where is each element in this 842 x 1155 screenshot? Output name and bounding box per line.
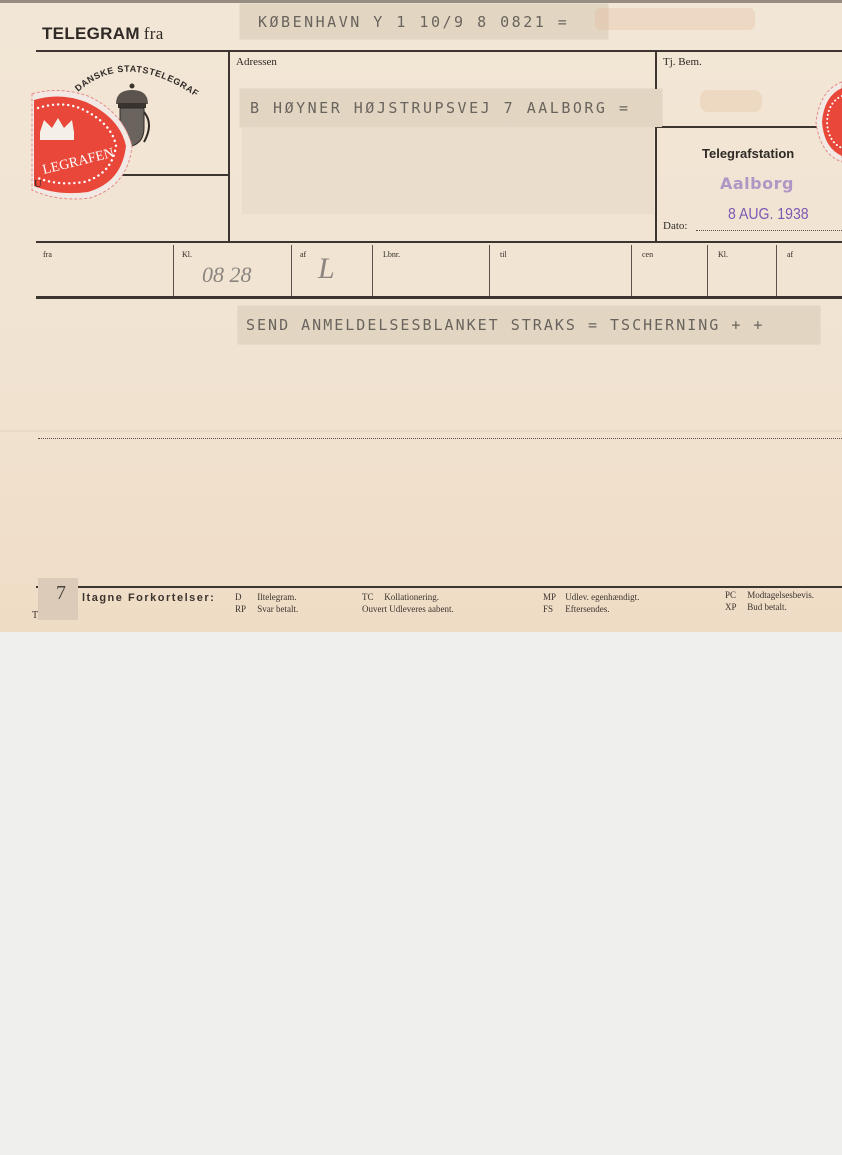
- rule-service-bottom: [36, 296, 842, 299]
- scanner-background: [0, 632, 842, 1155]
- abbr-item: XP Bud betalt.: [725, 602, 787, 612]
- abbreviations-heading: ltagne Forkortelser:: [82, 592, 215, 604]
- abbr-item: RP Svar betalt.: [235, 604, 298, 614]
- col-divider: [707, 245, 708, 296]
- stain: [700, 90, 762, 112]
- tj-bem-label: Tj. Bem.: [663, 56, 702, 68]
- message-strip: SEND ANMELDELSESBLANKET STRAKS = TSCHERN…: [238, 306, 820, 344]
- col-divider: [173, 245, 174, 296]
- address-text: B HØYNER HØJSTRUPSVEJ 7 AALBORG =: [250, 99, 631, 117]
- col-divider: [631, 245, 632, 296]
- col-divider: [776, 245, 777, 296]
- rule-footer: [36, 586, 842, 588]
- message-text: SEND ANMELDELSESBLANKET STRAKS = TSCHERN…: [246, 316, 764, 334]
- dato-label: Dato:: [663, 220, 687, 232]
- col-af2-label: af: [787, 250, 793, 259]
- abbr-item: FS Eftersendes.: [543, 604, 609, 614]
- kl-handwritten-value: 08 28: [202, 262, 252, 288]
- footer-handwritten-mark: 7: [56, 582, 66, 605]
- telegrafen-seal-icon: LEGRAFEN: [28, 86, 138, 201]
- col-fra-label: fra: [43, 250, 52, 259]
- col-divider: [489, 245, 490, 296]
- abbr-item: D Iltelegram.: [235, 592, 296, 602]
- abbr-item: PC Modtagelsesbevis.: [725, 590, 814, 600]
- rule-service-top: [36, 241, 842, 243]
- rule-v-left: [228, 50, 230, 242]
- scan-top-edge: [0, 0, 842, 3]
- stamp-town: Aalborg: [720, 174, 794, 193]
- dato-dotted-line: [696, 230, 842, 231]
- stain: [595, 8, 755, 30]
- col-kl2-label: Kl.: [718, 250, 728, 259]
- title-text: TELEGRAM: [42, 24, 140, 43]
- col-divider: [291, 245, 292, 296]
- telegram-form: TELEGRAMfra KØBENHAVN Y 1 10/9 8 0821 = …: [0, 0, 842, 632]
- abbr-item: Ouvert Udleveres aabent.: [362, 604, 454, 614]
- sender-label-partial: U: [34, 178, 42, 190]
- abbr-item: TC Kollationering.: [362, 592, 439, 602]
- footer-partial-letter: T: [32, 610, 38, 621]
- title-suffix: fra: [144, 24, 164, 43]
- rule-v-right: [655, 50, 657, 242]
- col-kl-label: Kl.: [182, 250, 192, 259]
- col-af-label: af: [300, 250, 306, 259]
- message-dotted-line: [38, 438, 842, 439]
- af-handwritten-value: L: [318, 252, 335, 286]
- address-shadow: [242, 128, 654, 214]
- col-cen-label: cen: [642, 250, 653, 259]
- col-divider: [372, 245, 373, 296]
- telegrafstation-label: Telegrafstation: [702, 146, 794, 161]
- stamp-date: 8 AUG. 1938: [728, 206, 809, 224]
- origin-text: KØBENHAVN Y 1 10/9 8 0821 =: [258, 13, 569, 31]
- address-label: Adressen: [236, 56, 277, 68]
- origin-strip: KØBENHAVN Y 1 10/9 8 0821 =: [240, 4, 608, 39]
- form-title: TELEGRAMfra: [42, 24, 164, 44]
- col-lbnr-label: Lbnr.: [383, 250, 400, 259]
- col-til-label: til: [500, 250, 507, 259]
- abbr-item: MP Udlev. egenhændigt.: [543, 592, 639, 602]
- address-strip: B HØYNER HØJSTRUPSVEJ 7 AALBORG =: [240, 89, 662, 127]
- seal-partial-icon: [814, 80, 842, 164]
